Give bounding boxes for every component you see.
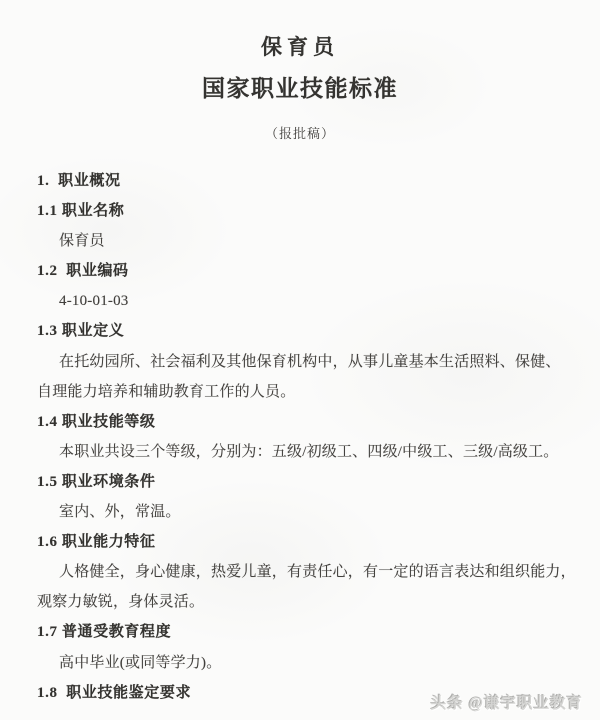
paragraph-definition-line-2: 自理能力培养和辅助教育工作的人员。 — [37, 377, 585, 407]
document-header: 保育员 国家职业技能标准 （报批稿） — [0, 0, 600, 142]
section-heading-1: 1. 职业概况 — [37, 166, 585, 196]
toutiao-watermark: 头条 @谦宇职业教育 — [431, 691, 583, 713]
document-title: 保育员 — [0, 31, 600, 61]
section-heading-1-7: 1.7 普通受教育程度 — [37, 617, 585, 647]
paragraph-skill-levels: 本职业共设三个等级，分别为：五级/初级工、四级/中级工、三级/高级工。 — [37, 437, 585, 467]
paragraph-ability-line-2: 观察力敏锐，身体灵活。 — [37, 587, 585, 617]
section-heading-1-1: 1.1 职业名称 — [37, 196, 585, 226]
paragraph-education: 高中毕业(或同等学力)。 — [37, 648, 585, 678]
section-heading-1-2: 1.2 职业编码 — [37, 256, 585, 286]
paragraph-occupation-name: 保育员 — [37, 226, 585, 256]
document-page: 保育员 国家职业技能标准 （报批稿） 1. 职业概况 1.1 职业名称 保育员 … — [0, 0, 600, 720]
section-heading-1-3: 1.3 职业定义 — [37, 316, 585, 346]
paragraph-ability-line-1: 人格健全，身心健康，热爱儿童，有责任心，有一定的语言表达和组织能力， — [37, 557, 585, 587]
section-heading-1-4: 1.4 职业技能等级 — [37, 407, 585, 437]
draft-note: （报批稿） — [0, 123, 600, 142]
section-heading-1-6: 1.6 职业能力特征 — [37, 527, 585, 557]
document-subtitle: 国家职业技能标准 — [0, 70, 600, 103]
document-body: 1. 职业概况 1.1 职业名称 保育员 1.2 职业编码 4-10-01-03… — [37, 166, 585, 708]
section-heading-1-5: 1.5 职业环境条件 — [37, 467, 585, 497]
paragraph-environment: 室内、外，常温。 — [37, 497, 585, 527]
paragraph-definition-line-1: 在托幼园所、社会福利及其他保育机构中，从事儿童基本生活照料、保健、 — [37, 347, 585, 377]
paragraph-occupation-code: 4-10-01-03 — [37, 286, 585, 316]
